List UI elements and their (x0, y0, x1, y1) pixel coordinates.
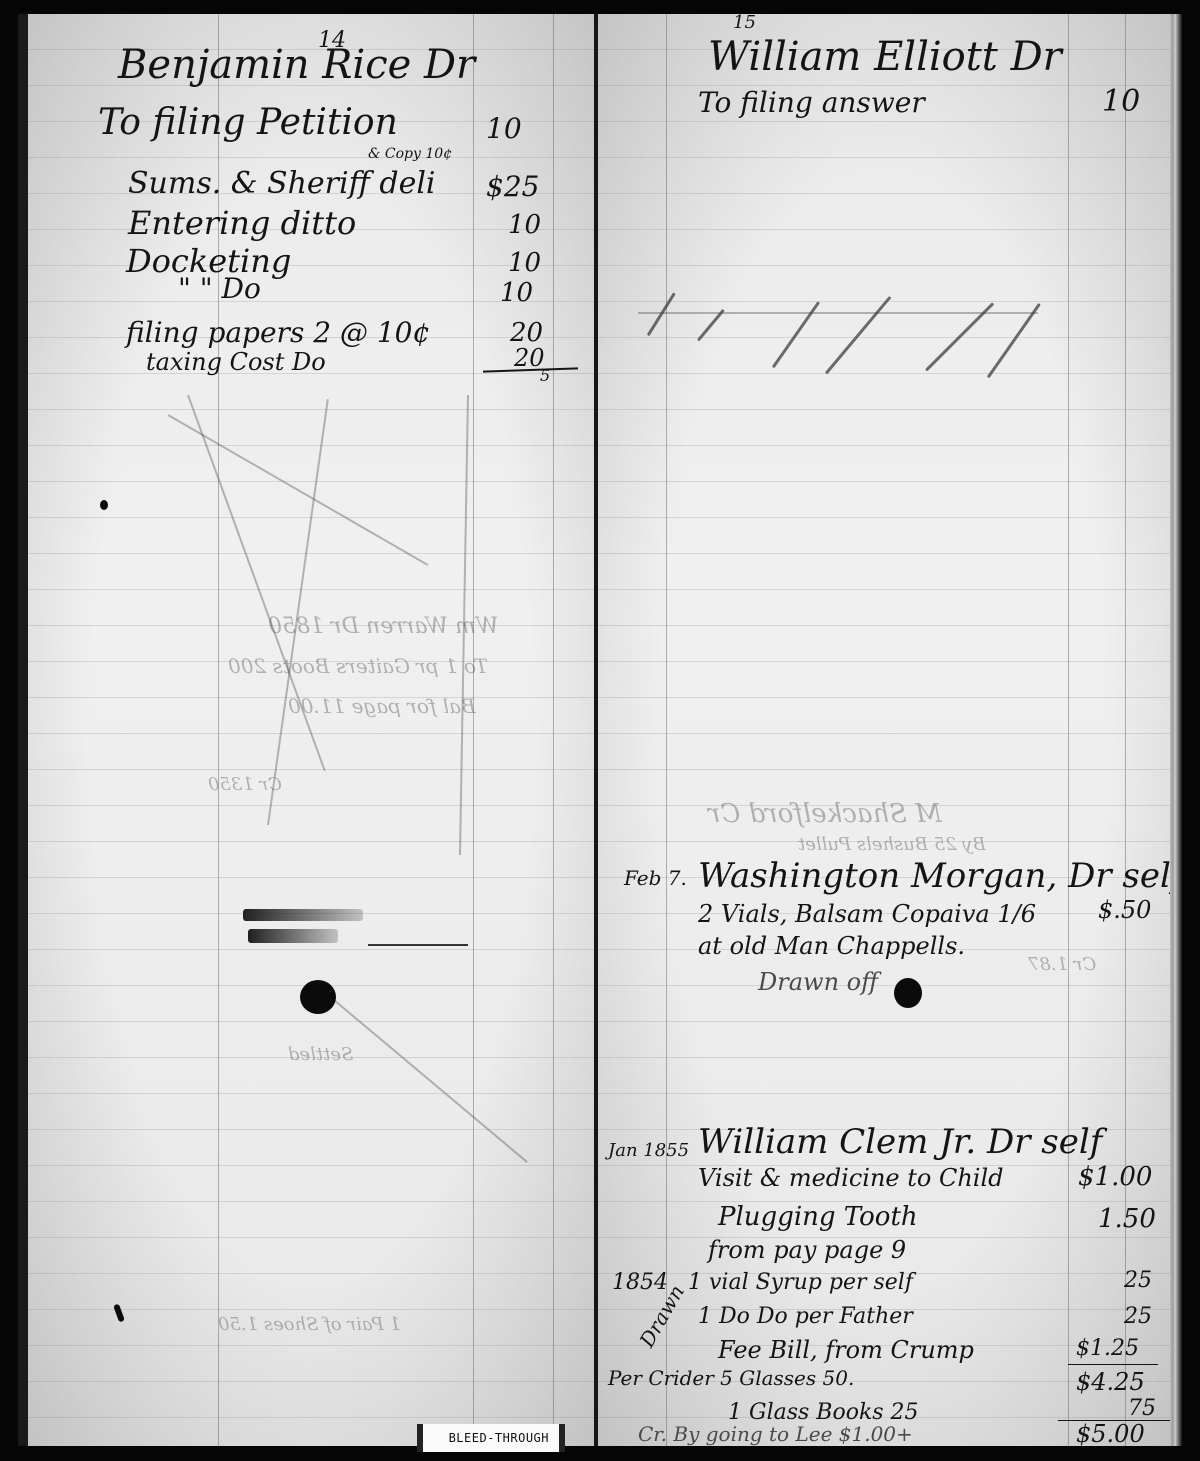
bleed-through-text: 1 Pair of Shoes 1.50 (218, 1314, 401, 1335)
entry-note: & Copy 10¢ (368, 146, 452, 162)
column-rule (1068, 14, 1069, 1446)
entry-amount: $1.00 (1078, 1162, 1152, 1192)
entry-amount: 10 (508, 210, 541, 240)
column-rule (473, 14, 474, 1446)
entry-description: taxing Cost Do (146, 348, 326, 376)
entry-amount: $4.25 (1076, 1368, 1145, 1396)
bleed-through-text: By 25 Bushels Pullet (798, 834, 986, 855)
entry-amount: $1.25 (1076, 1336, 1139, 1361)
ink-blot (300, 980, 336, 1014)
total-fragment: 5 (540, 366, 550, 385)
bleed-through-text: Cr 1.87 (1028, 954, 1096, 975)
ink-smear (243, 909, 363, 921)
entry-description: To filing Petition (98, 102, 398, 143)
account-name: Washington Morgan, Dr self (698, 856, 1170, 896)
entry-amount: 1.50 (1098, 1204, 1156, 1234)
account-name: William Elliott Dr (708, 34, 1062, 80)
bleed-through-text: Bal for page 11.00 (288, 694, 476, 718)
entry-amount: 25 (1124, 1268, 1152, 1293)
bleed-through-stamp: BLEED-THROUGH (417, 1424, 565, 1452)
entry-amount: 10 (508, 248, 541, 278)
entry-description: filing papers 2 @ 10¢ (126, 316, 430, 349)
entry-amount: 75 (1128, 1396, 1156, 1421)
stamp-label: BLEED-THROUGH (449, 1431, 549, 1445)
subtotal-line (1068, 1364, 1158, 1365)
credit-note: Cr. By going to Lee $1.00+ (638, 1422, 913, 1446)
entry-description: Visit & medicine to Child (698, 1164, 1004, 1192)
entry-description: 2 Vials, Balsam Copaiva 1/6 (698, 900, 1036, 928)
entry-description: Per Crider 5 Glasses 50. (608, 1366, 854, 1390)
entry-date: 1854 (612, 1270, 668, 1295)
bleed-through-text: M Shackelford Cr (708, 799, 942, 829)
entry-amount: 10 (1102, 84, 1140, 119)
entry-date: Jan 1855 (608, 1140, 689, 1161)
entry-description: 1 Do Do per Father (698, 1304, 913, 1329)
left-page: 14 Benjamin Rice Dr To filing Petition 1… (18, 14, 595, 1446)
entry-description: from pay page 9 (708, 1236, 906, 1264)
account-name: William Clem Jr. Dr self (698, 1122, 1102, 1162)
ink-line (368, 944, 468, 946)
entry-description: To filing answer (698, 86, 925, 119)
column-rule (666, 14, 667, 1446)
entry-description: " " Do (178, 272, 261, 305)
bleed-through-text: Settled (288, 1044, 353, 1065)
entry-description: Entering ditto (128, 204, 356, 242)
ruled-stroke (638, 312, 1038, 314)
page-number: 15 (733, 14, 756, 33)
ledger-book: 14 Benjamin Rice Dr To filing Petition 1… (18, 14, 1180, 1446)
page-edge (1170, 14, 1182, 1446)
account-total: $5.00 (1076, 1420, 1145, 1446)
entry-amount: 10 (486, 112, 522, 145)
drawn-off-note: Drawn off (758, 968, 878, 996)
entry-description: at old Man Chappells. (698, 932, 965, 960)
right-page: 15 William Elliott Dr To filing answer 1… (598, 14, 1170, 1446)
entry-description: Sums. & Sheriff deli (128, 166, 436, 201)
ink-blot (894, 978, 922, 1008)
bleed-through-text: To 1 pr Gaiters Boots 200 (228, 654, 488, 678)
entry-amount: $.50 (1098, 896, 1151, 924)
entry-amount: $25 (486, 170, 539, 203)
column-rule (553, 14, 554, 1446)
ink-smear (248, 929, 338, 943)
entry-description: Fee Bill, from Crump (718, 1336, 974, 1364)
entry-date: Feb 7. (624, 866, 687, 890)
entry-amount: 10 (500, 278, 533, 308)
entry-description: 1 vial Syrup per self (688, 1270, 913, 1295)
entry-amount: 25 (1124, 1304, 1152, 1329)
account-name: Benjamin Rice Dr (118, 42, 475, 88)
entry-description: Plugging Tooth (718, 1202, 918, 1232)
ink-blot (100, 500, 108, 510)
